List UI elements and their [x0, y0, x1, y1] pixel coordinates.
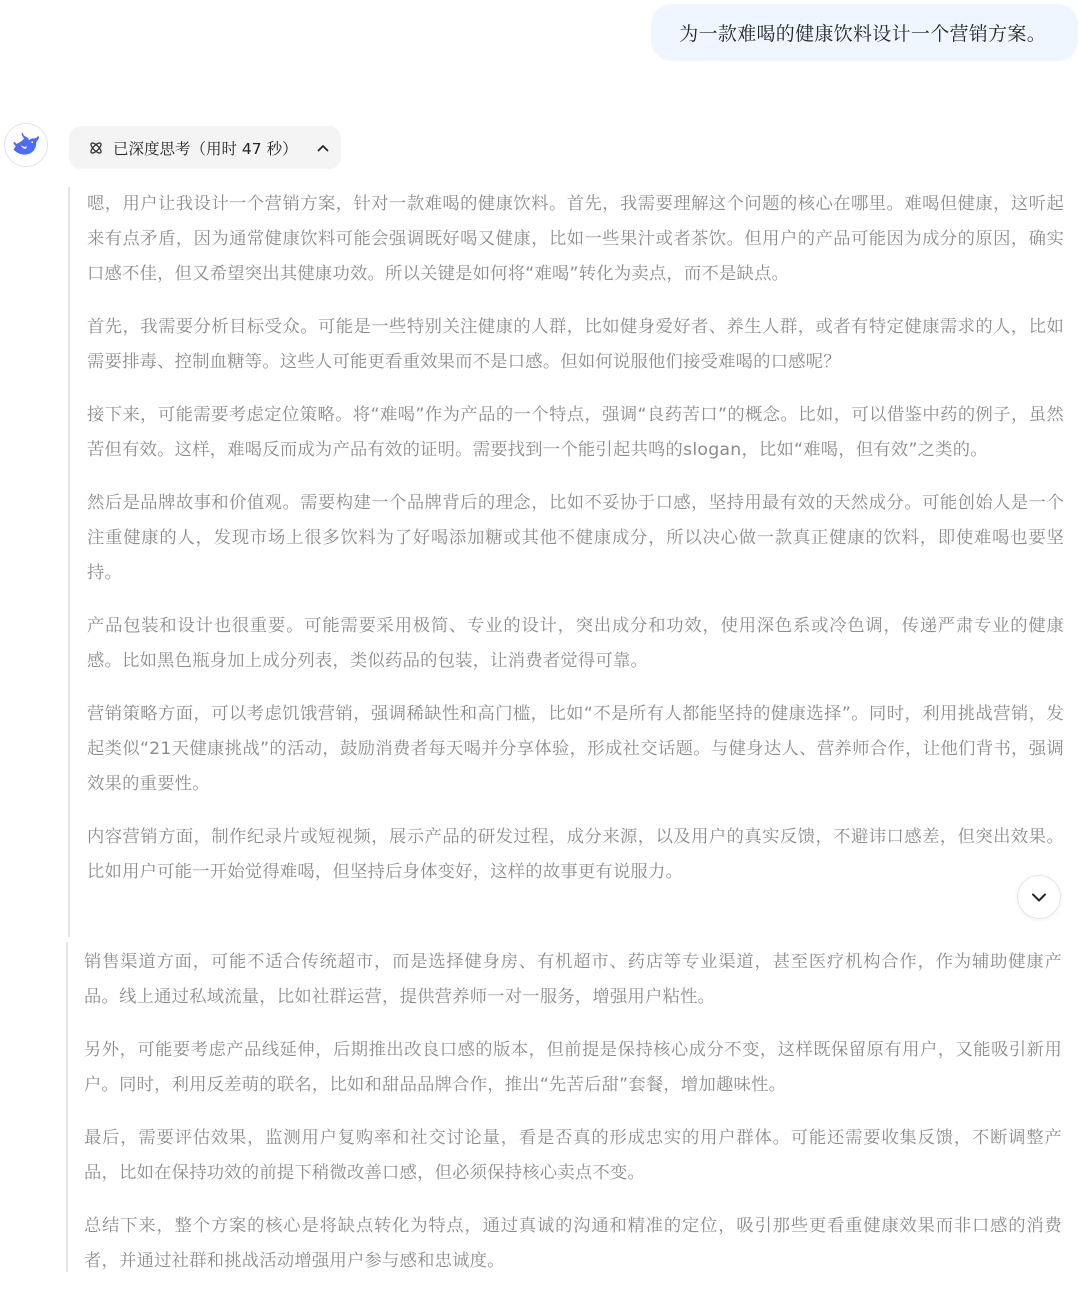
atom-icon — [88, 140, 104, 156]
user-message-text: 为一款难喝的健康饮料设计一个营销方案。 — [679, 19, 1046, 46]
thinking-paragraph: 总结下来，整个方案的核心是将缺点转化为特点，通过真诚的沟通和精准的定位，吸引那些… — [84, 1209, 1062, 1279]
chevron-down-icon — [1029, 887, 1049, 907]
deepseek-whale-logo-icon — [11, 133, 41, 157]
thinking-paragraph: 首先，我需要分析目标受众。可能是一些特别关注健康的人群，比如健身爱好者、养生人群… — [87, 310, 1064, 380]
thinking-paragraph: 销售渠道方面，可能不适合传统超市，而是选择健身房、有机超市、药店等专业渠道，甚至… — [84, 945, 1062, 1015]
thinking-paragraph: 然后是品牌故事和价值观。需要构建一个品牌背后的理念，比如不妥协于口感，坚持用最有… — [87, 486, 1064, 591]
thinking-paragraph: 另外，可能要考虑产品线延伸，后期推出改良口感的版本，但前提是保持核心成分不变，这… — [84, 1033, 1062, 1103]
thinking-content-section: 嗯，用户让我设计一个营销方案，针对一款难喝的健康饮料。首先，我需要理解这个问题的… — [68, 187, 1068, 937]
chevron-up-icon — [316, 141, 330, 155]
thinking-paragraph: 最后，需要评估效果，监测用户复购率和社交讨论量，看是否真的形成忠实的用户群体。可… — [84, 1121, 1062, 1191]
scroll-to-bottom-button[interactable] — [1017, 875, 1061, 919]
thinking-paragraph: 接下来，可能需要考虑定位策略。将“难喝”作为产品的一个特点，强调“良药苦口”的概… — [87, 398, 1064, 468]
thinking-paragraph: 内容营销方面，制作纪录片或短视频，展示产品的研发过程，成分来源，以及用户的真实反… — [87, 820, 1064, 890]
thinking-paragraph: 产品包装和设计也很重要。可能需要采用极简、专业的设计，突出成分和功效，使用深色系… — [87, 609, 1064, 679]
thinking-toggle-button[interactable]: 已深度思考（用时 47 秒） — [69, 126, 341, 169]
thinking-toggle-label: 已深度思考（用时 47 秒） — [113, 137, 298, 159]
thinking-content-section: 销售渠道方面，可能不适合传统超市，而是选择健身房、有机超市、药店等专业渠道，甚至… — [66, 942, 1068, 1272]
user-message-bubble: 为一款难喝的健康饮料设计一个营销方案。 — [651, 4, 1078, 61]
assistant-avatar — [4, 123, 48, 167]
thinking-paragraph: 嗯，用户让我设计一个营销方案，针对一款难喝的健康饮料。首先，我需要理解这个问题的… — [87, 187, 1064, 292]
thinking-paragraph: 营销策略方面，可以考虑饥饿营销，强调稀缺性和高门槛，比如“不是所有人都能坚持的健… — [87, 697, 1064, 802]
